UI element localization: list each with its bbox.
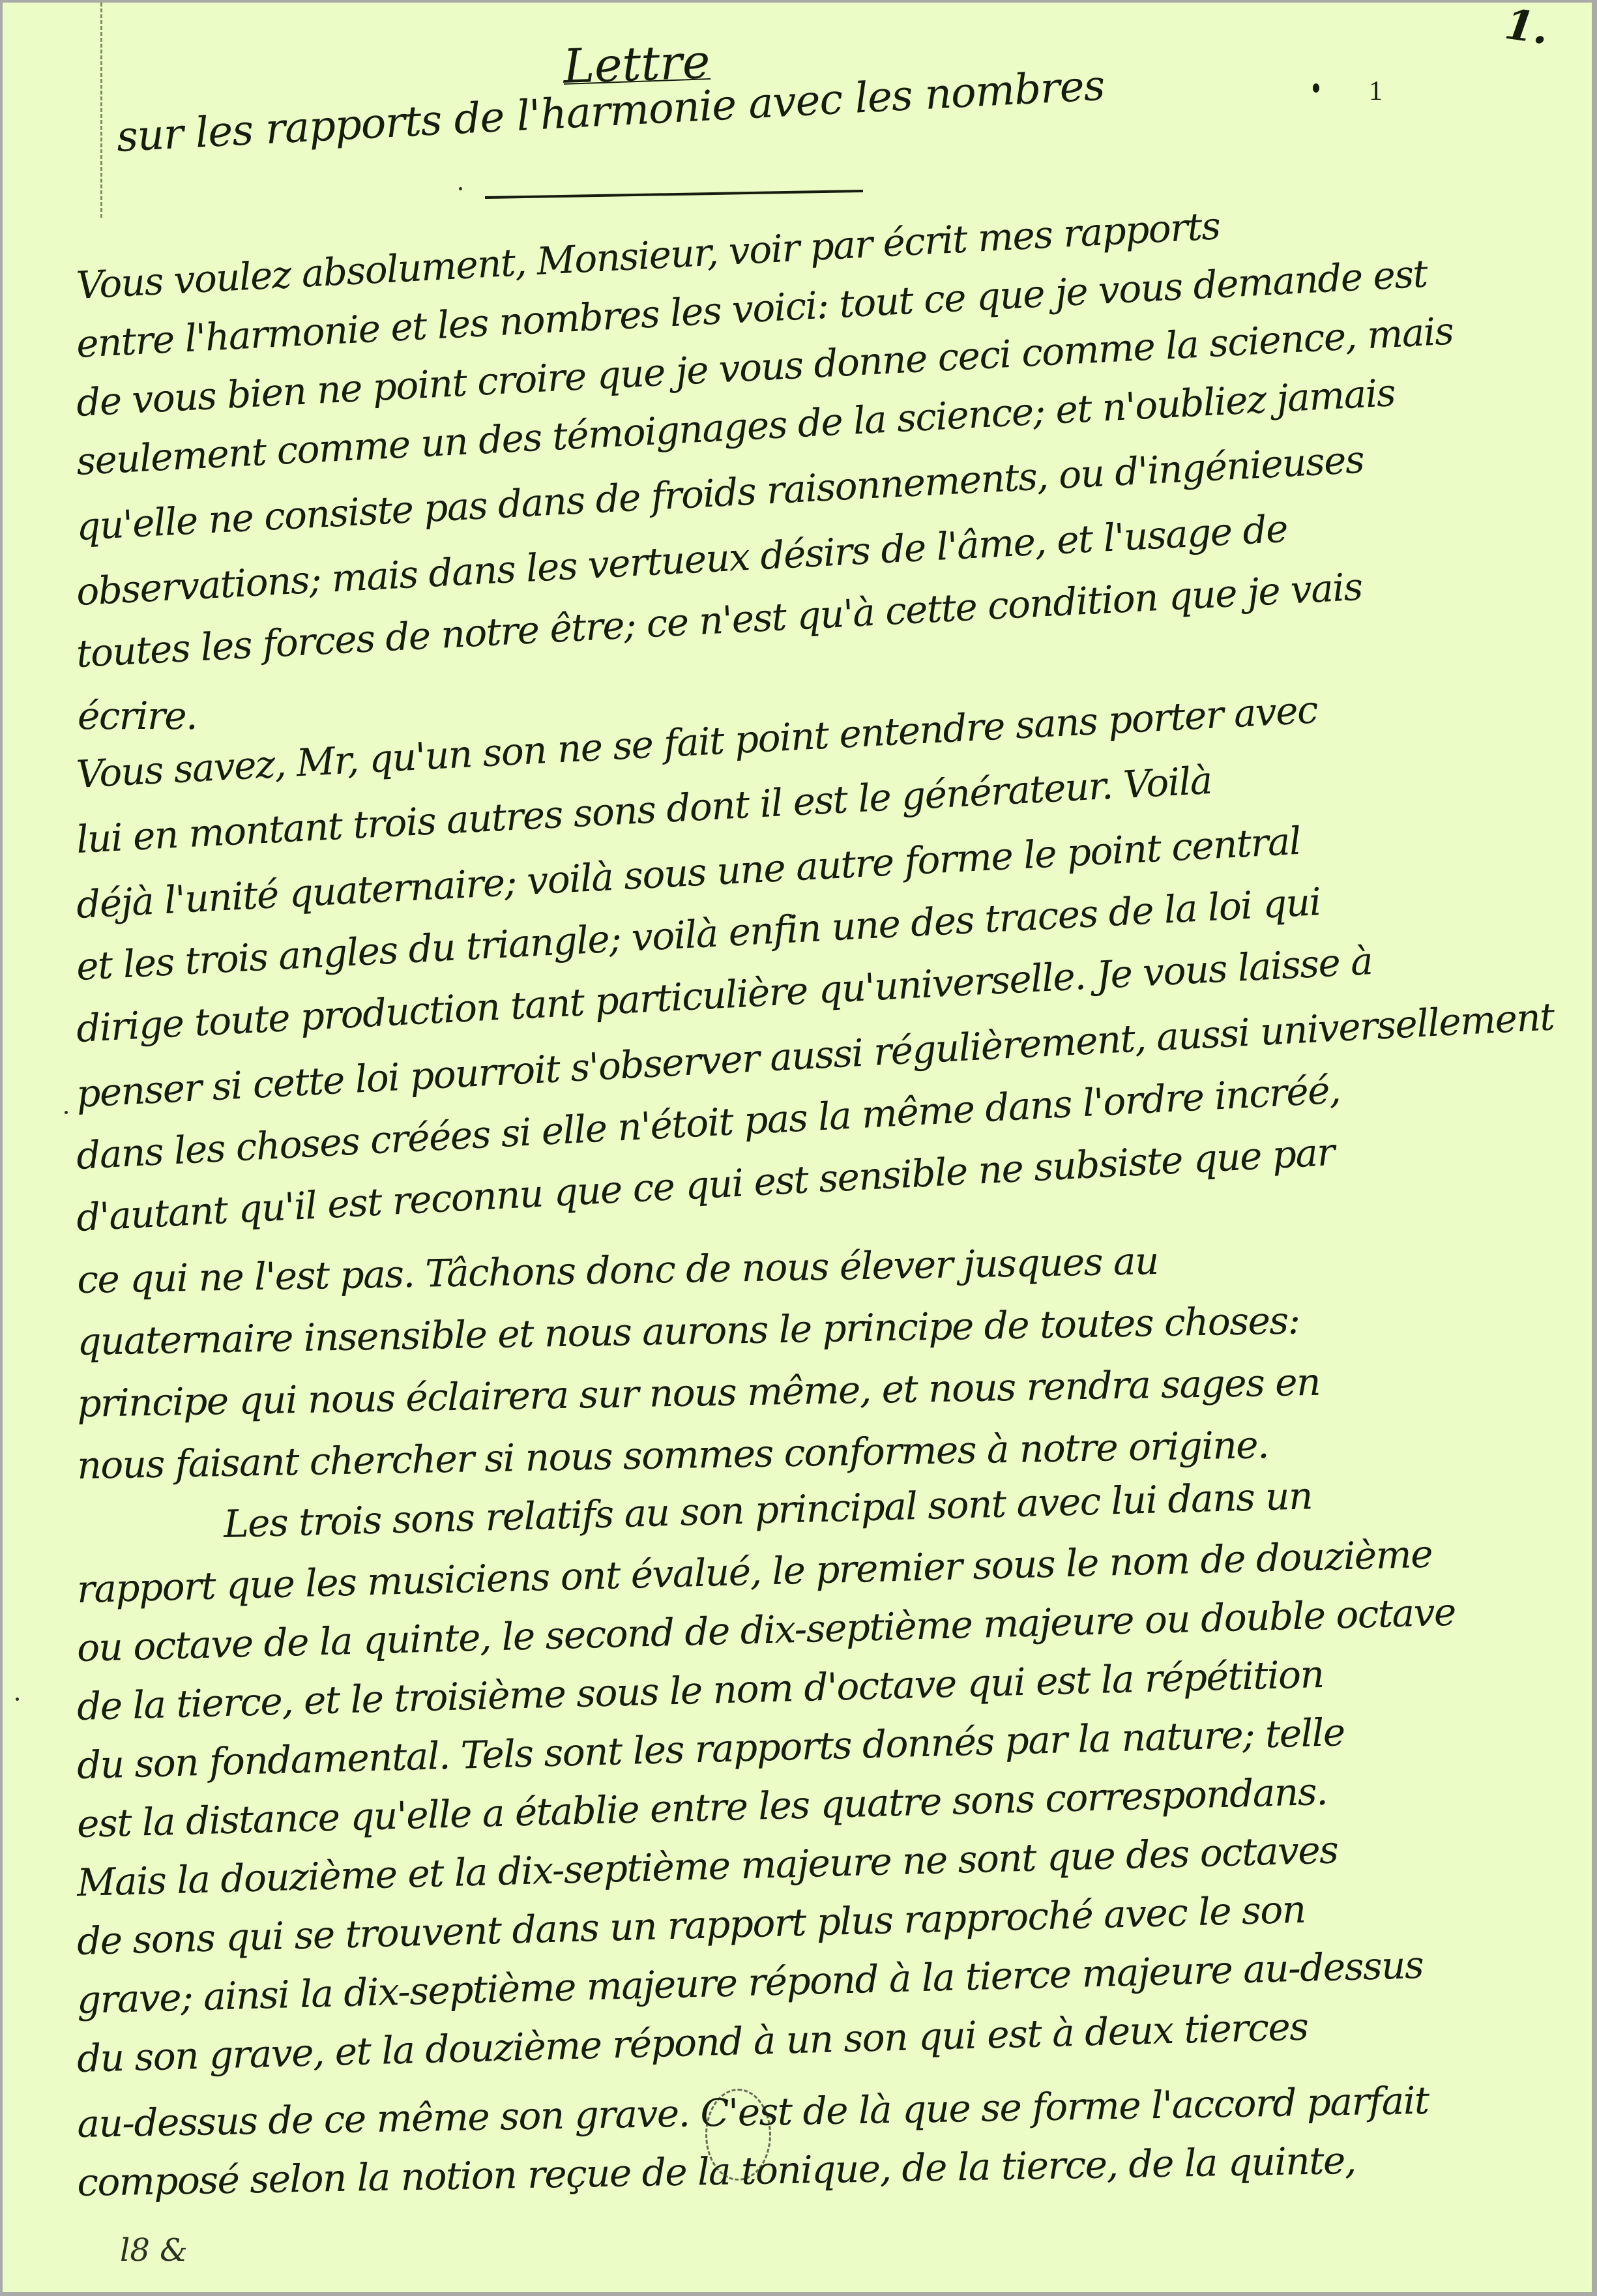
left-margin-rule [100, 3, 102, 218]
ink-speck [65, 1111, 68, 1114]
ink-speck [16, 1698, 19, 1701]
text-line: principe qui nous éclairera sur nous mêm… [77, 1360, 1321, 1426]
text-line: ce qui ne l'est pas. Tâchons donc de nou… [77, 1239, 1159, 1302]
title-underline-rule [485, 190, 863, 199]
descender-fragment: l8 & [120, 2232, 188, 2269]
folio-mark: 1. [1502, 3, 1552, 54]
manuscript-page: 1. 1 Lettre sur les rapports de l'harmon… [3, 3, 1592, 2292]
text-line: quaternaire insensible et nous aurons le… [77, 1298, 1300, 1364]
text-line: écrire. [78, 694, 197, 738]
ink-speck [459, 187, 462, 190]
text-line-paragraph-start: Les trois sons relatifs au son principal… [223, 1473, 1312, 1546]
text-line: nous faisant chercher si nous sommes con… [77, 1422, 1269, 1488]
library-stamp [705, 2089, 771, 2181]
ink-dot [1313, 83, 1319, 93]
page-number: 1 [1369, 76, 1383, 107]
